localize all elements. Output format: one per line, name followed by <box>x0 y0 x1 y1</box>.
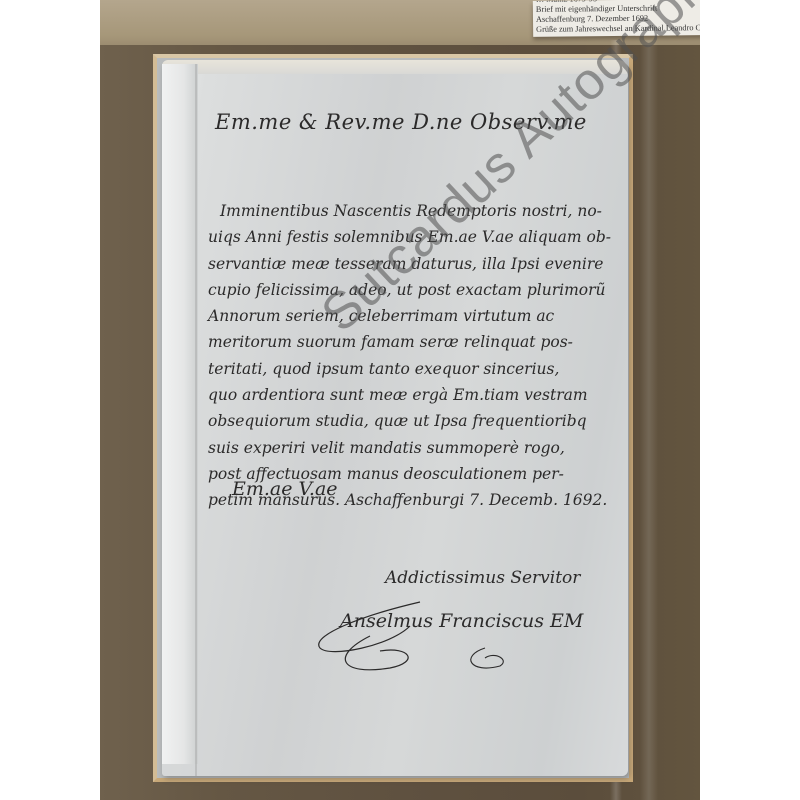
letter-line: Annorum seriem, celeberrimam virtutum ac <box>208 303 628 329</box>
letter-line: suis experiri velit mandatis summoperè r… <box>208 435 628 461</box>
paper-crease <box>195 64 197 776</box>
letter-signature: Anselmus Franciscus EM <box>340 610 583 632</box>
letter-line: teritati, quod ipsum tanto exequor since… <box>208 356 628 382</box>
photograph: … Mainz 1679-95 Brief mit eigenhändiger … <box>100 0 700 800</box>
letter-closing: Addictissimus Servitor <box>385 568 580 588</box>
letter-closing-abbrev: Em.ae V.ae <box>232 478 338 500</box>
letter-line: quo ardentiora sunt meæ ergà Em.tiam ves… <box>208 382 628 408</box>
letter-line: meritorum suorum famam seræ relinquat po… <box>208 329 628 355</box>
glass-reflection <box>640 40 658 800</box>
paper-folded-margin <box>162 64 198 764</box>
letter-line: obsequiorum studia, quæ ut Ipsa frequent… <box>208 408 628 434</box>
signature-flourish-icon <box>300 596 510 676</box>
